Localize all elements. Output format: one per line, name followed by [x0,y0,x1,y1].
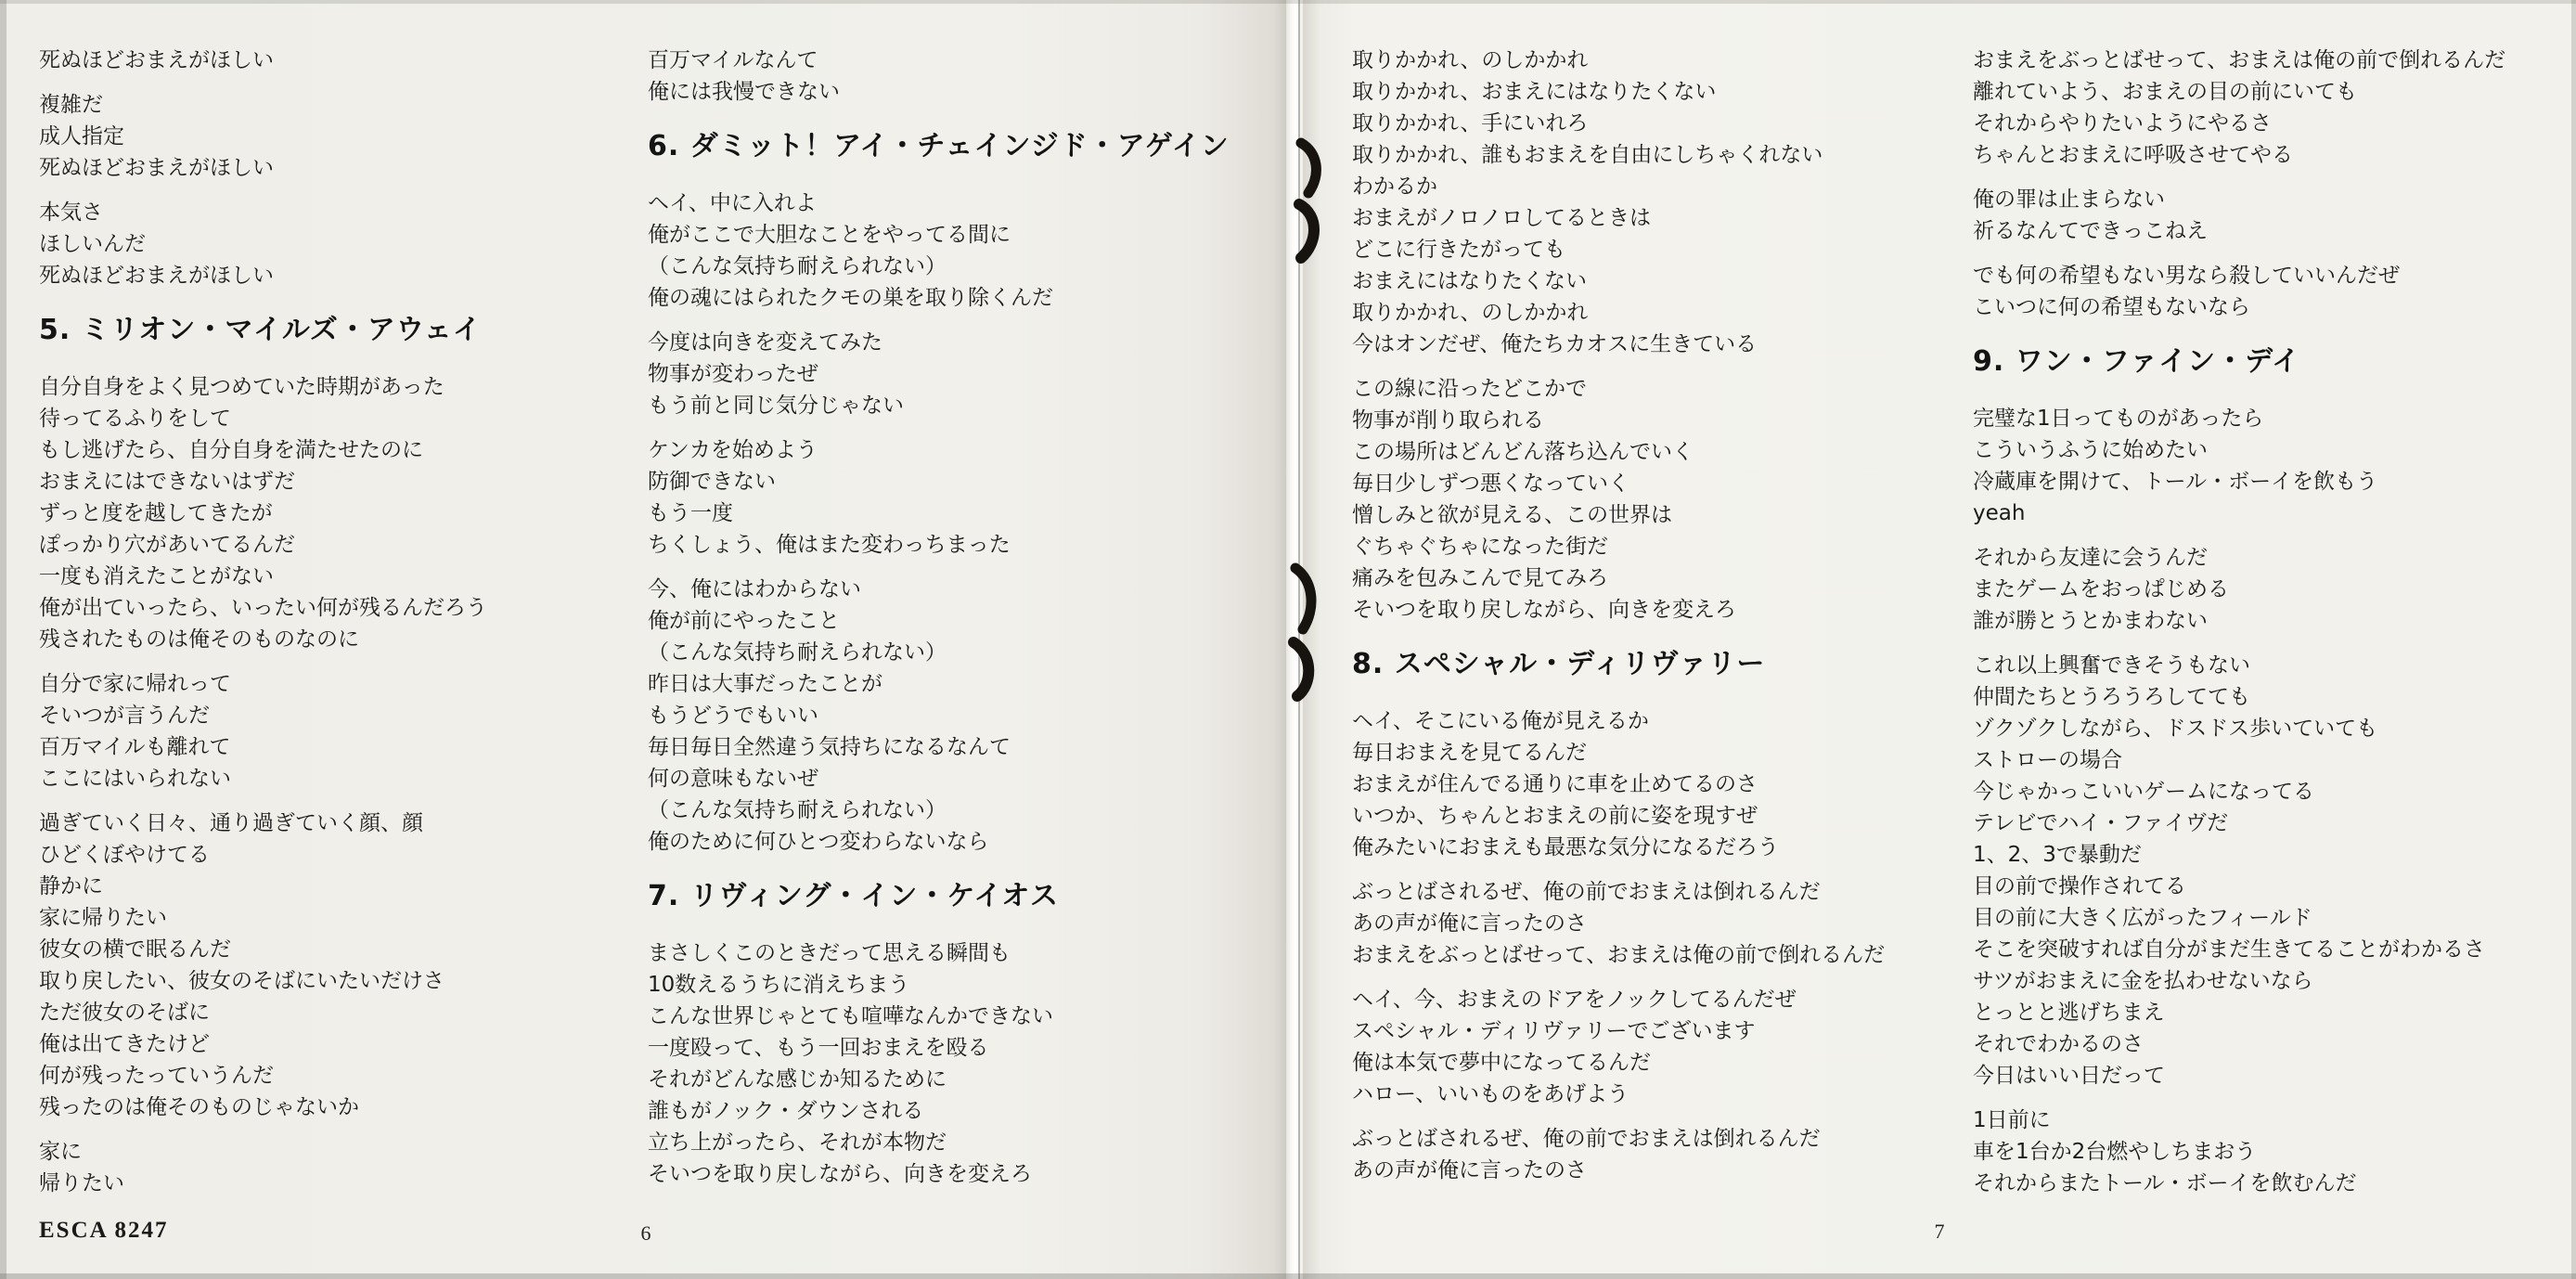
lyrics-stanza: ぶっとばされるぜ、俺の前でおまえは倒れるんだあの声が俺に言ったのさおまえをぶっと… [1352,876,1960,971]
lyrics-line: ぽっかり穴があいてるんだ [39,529,638,561]
lyrics-line: まさしくこのときだって思える瞬間も [648,937,1279,969]
lyrics-line: 物事が変わったぜ [648,358,1279,390]
lyrics-line: そいつを取り戻しながら、向きを変えろ [1352,594,1960,626]
lyrics-stanza: まさしくこのときだって思える瞬間も10数えるうちに消えちまうこんな世界じゃとても… [648,937,1279,1190]
lyrics-line: それでわかるのさ [1973,1028,2567,1060]
lyrics-line: 静かに [39,871,638,902]
lyrics-line: 俺がここで大胆なことをやってる間に [648,219,1279,251]
lyrics-line: おまえが住んでる通りに車を止めてるのさ [1352,769,1960,800]
lyrics-line: 帰りたい [39,1168,638,1199]
lyrics-line: おまえをぶっとばせって、おまえは俺の前で倒れるんだ [1352,939,1960,971]
lyrics-stanza: ケンカを始めよう防御できないもう一度ちくしょう、俺はまた変わっちまった [648,434,1279,561]
lyrics-line: 車を1台か2台燃やしちまおう [1973,1136,2567,1168]
lyrics-line: 昨日は大事だったことが [648,668,1279,700]
lyrics-line: 俺が出ていったら、いったい何が残るんだろう [39,592,638,624]
lyrics-line: 取りかかれ、誰もおまえを自由にしちゃくれない [1352,139,1960,171]
lyrics-line: 毎日おまえを見てるんだ [1352,737,1960,769]
lyrics-stanza: ヘイ、そこにいる俺が見えるか毎日おまえを見てるんだおまえが住んでる通りに車を止め… [1352,705,1960,863]
lyrics-line: ヘイ、中に入れよ [648,187,1279,219]
lyrics-line: 俺みたいにおまえも最悪な気分になるだろう [1352,832,1960,863]
lyrics-line: ひどくぼやけてる [39,839,638,871]
lyrics-line: おまえをぶっとばせって、おまえは俺の前で倒れるんだ [1973,45,2567,76]
lyrics-line: これ以上興奮できそうもない [1973,650,2567,681]
lyrics-line: 百万マイルなんて [648,45,1279,76]
lyrics-line: ぶっとばされるぜ、俺の前でおまえは倒れるんだ [1352,1123,1960,1155]
lyrics-line: 死ぬほどおまえがほしい [39,152,638,184]
lyrics-line: 10数えるうちに消えちまう [648,969,1279,1001]
lyrics-line: 家に [39,1136,638,1168]
lyrics-line: 彼女の横で眠るんだ [39,934,638,965]
lyrics-line: サツがおまえに金を払わせないなら [1973,965,2567,997]
lyrics-line: おまえにはなりたくない [1352,265,1960,297]
lyrics-line: おまえがノロノロしてるときは [1352,202,1960,234]
lyrics-stanza: 百万マイルなんて俺には我慢できない [648,45,1279,108]
lyrics-stanza: でも何の希望もない男なら殺していいんだぜこいつに何の希望もないなら [1973,260,2567,323]
lyrics-line: （こんな気持ち耐えられない） [648,251,1279,282]
lyrics-stanza: 過ぎていく日々、通り過ぎていく顔、顔ひどくぼやけてる静かに家に帰りたい彼女の横で… [39,807,638,1123]
lyrics-line: 俺の罪は止まらない [1973,184,2567,215]
song-title: 7. リヴィング・イン・ケイオス [648,878,1279,915]
lyrics-line: 完璧な1日ってものがあったら [1973,403,2567,434]
lyrics-line: もし逃げたら、自分自身を満たせたのに [39,434,638,466]
lyrics-line: ヘイ、今、おまえのドアをノックしてるんだぜ [1352,984,1960,1015]
lyrics-line: 一度殴って、もう一回おまえを殴る [648,1032,1279,1064]
lyrics-line: yeah [1973,497,2567,529]
lyrics-stanza: 複雑だ成人指定死ぬほどおまえがほしい [39,89,638,184]
lyrics-line: 俺には我慢できない [648,76,1279,108]
lyrics-line: 残されたものは俺そのものなのに [39,624,638,655]
lyrics-line: 今度は向きを変えてみた [648,327,1279,358]
lyrics-line: そいつが言うんだ [39,700,638,731]
lyrics-line: 今はオンだぜ、俺たちカオスに生きている [1352,329,1960,360]
lyrics-line: ハロー、いいものをあげよう [1352,1079,1960,1110]
lyrics-line: こういうふうに始めたい [1973,434,2567,466]
lyrics-line: もうどうでもいい [648,700,1279,731]
lyrics-line: どこに行きたがっても [1352,234,1960,265]
lyrics-line: 誰もがノック・ダウンされる [648,1095,1279,1127]
lyrics-line: テレビでハイ・ファイヴだ [1973,807,2567,839]
lyrics-line: ヘイ、そこにいる俺が見えるか [1352,705,1960,737]
lyrics-line: 今日はいい日だって [1973,1060,2567,1092]
lyrics-column-3: 取りかかれ、のしかかれ取りかかれ、おまえにはなりたくない取りかかれ、手にいれろ取… [1352,45,1960,1199]
lyrics-line: 死ぬほどおまえがほしい [39,45,638,76]
lyrics-line: 成人指定 [39,121,638,152]
song-title: 9. ワン・ファイン・デイ [1973,343,2567,381]
lyrics-line: 本気さ [39,197,638,228]
lyrics-line: 仲間たちとうろうろしてても [1973,681,2567,713]
lyrics-stanza: 取りかかれ、のしかかれ取りかかれ、おまえにはなりたくない取りかかれ、手にいれろ取… [1352,45,1960,360]
lyrics-line: 憎しみと欲が見える、この世界は [1352,499,1960,531]
lyrics-line: またゲームをおっぱじめる [1973,574,2567,605]
song-title: 5. ミリオン・マイルズ・アウェイ [39,312,638,349]
lyrics-line: 今じゃかっこいいゲームになってる [1973,776,2567,807]
lyrics-line: スペシャル・ディリヴァリーでございます [1352,1015,1960,1047]
lyrics-line: 今、俺にはわからない [648,574,1279,605]
lyrics-line: いつか、ちゃんとおまえの前に姿を現すぜ [1352,800,1960,832]
lyrics-line: それからまたトール・ボーイを飲むんだ [1973,1168,2567,1199]
lyrics-line: 俺は本気で夢中になってるんだ [1352,1047,1960,1079]
page-number-left: 6 [0,1221,1292,1246]
lyrics-stanza: 今度は向きを変えてみた物事が変わったぜもう前と同じ気分じゃない [648,327,1279,421]
lyrics-line: 立ち上がったら、それが本物だ [648,1127,1279,1158]
lyrics-line: 待ってるふりをして [39,403,638,434]
lyrics-stanza: 俺の罪は止まらない祈るなんてできっこねえ [1973,184,2567,247]
lyrics-line: （こんな気持ち耐えられない） [648,795,1279,826]
lyrics-line: 残ったのは俺そのものじゃないか [39,1092,638,1123]
lyrics-stanza: ヘイ、中に入れよ俺がここで大胆なことをやってる間に（こんな気持ち耐えられない）俺… [648,187,1279,314]
lyrics-line: それから友達に会うんだ [1973,542,2567,574]
lyrics-stanza: おまえをぶっとばせって、おまえは俺の前で倒れるんだ離れていよう、おまえの目の前に… [1973,45,2567,171]
lyrics-stanza: 今、俺にはわからない俺が前にやったこと（こんな気持ち耐えられない）昨日は大事だっ… [648,574,1279,858]
lyrics-line: 毎日毎日全然違う気持ちになるなんて [648,731,1279,763]
lyrics-line: 複雑だ [39,89,638,121]
lyrics-line: （こんな気持ち耐えられない） [648,637,1279,668]
lyrics-line: ストローの場合 [1973,744,2567,776]
lyrics-stanza: ヘイ、今、おまえのドアをノックしてるんだぜスペシャル・ディリヴァリーでございます… [1352,984,1960,1110]
lyrics-line: ゾクゾクしながら、ドスドス歩いていても [1973,713,2567,744]
lyrics-stanza: この線に沿ったどこかで物事が削り取られるこの場所はどんどん落ち込んでいく毎日少し… [1352,373,1960,626]
lyrics-line: あの声が俺に言ったのさ [1352,1155,1960,1186]
lyrics-stanza: 自分自身をよく見つめていた時期があった待ってるふりをしてもし逃げたら、自分自身を… [39,371,638,655]
lyrics-column-2: 百万マイルなんて俺には我慢できない6. ダミット！アイ・チェインジド・アゲインヘ… [648,45,1279,1203]
lyrics-line: 俺は出てきたけど [39,1028,638,1060]
lyrics-line: こいつに何の希望もないなら [1973,291,2567,323]
lyrics-line: 百万マイルも離れて [39,731,638,763]
lyrics-line: 取りかかれ、手にいれろ [1352,108,1960,139]
song-title: 6. ダミット！アイ・チェインジド・アゲイン [648,128,1279,165]
lyrics-line: おまえにはできないはずだ [39,466,638,497]
lyrics-stanza: 本気さほしいんだ死ぬほどおまえがほしい [39,197,638,291]
lyrics-column-1: 死ぬほどおまえがほしい複雑だ成人指定死ぬほどおまえがほしい本気さほしいんだ死ぬほ… [39,45,638,1212]
lyrics-line: 死ぬほどおまえがほしい [39,260,638,291]
lyrics-line: わかるか [1352,171,1960,202]
lyrics-line: 防御できない [648,466,1279,497]
lyrics-stanza: これ以上興奮できそうもない仲間たちとうろうろしててもゾクゾクしながら、ドスドス歩… [1973,650,2567,1092]
lyrics-line: この場所はどんどん落ち込んでいく [1352,436,1960,468]
lyrics-line: ほしいんだ [39,228,638,260]
lyrics-stanza: それから友達に会うんだまたゲームをおっぱじめる誰が勝とうとかまわない [1973,542,2567,637]
lyrics-stanza: 完璧な1日ってものがあったらこういうふうに始めたい冷蔵庫を開けて、トール・ボーイ… [1973,403,2567,529]
lyrics-line: 目の前で操作されてる [1973,871,2567,902]
lyrics-line: とっとと逃げちまえ [1973,997,2567,1028]
lyrics-line: 俺が前にやったこと [648,605,1279,637]
lyrics-line: 毎日少しずつ悪くなっていく [1352,468,1960,499]
lyrics-line: 誰が勝とうとかまわない [1973,605,2567,637]
lyrics-line: それからやりたいようにやるさ [1973,108,2567,139]
lyrics-line: 何の意味もないぜ [648,763,1279,795]
lyrics-stanza: 自分で家に帰れってそいつが言うんだ百万マイルも離れてここにはいられない [39,668,638,795]
lyrics-line: もう前と同じ気分じゃない [648,390,1279,421]
lyrics-line: そいつを取り戻しながら、向きを変えろ [648,1158,1279,1190]
lyrics-line: 何が残ったっていうんだ [39,1060,638,1092]
lyrics-line: ちくしょう、俺はまた変わっちまった [648,529,1279,561]
lyrics-line: 自分で家に帰れって [39,668,638,700]
lyrics-line: 離れていよう、おまえの目の前にいても [1973,76,2567,108]
lyrics-line: 冷蔵庫を開けて、トール・ボーイを飲もう [1973,466,2567,497]
lyrics-line: ぐちゃぐちゃになった街だ [1352,531,1960,562]
lyrics-line: ちゃんとおまえに呼吸させてやる [1973,139,2567,171]
lyrics-line: 自分自身をよく見つめていた時期があった [39,371,638,403]
lyrics-line: 祈るなんてできっこねえ [1973,215,2567,247]
staple-marks [1279,0,1338,1279]
lyrics-line: 過ぎていく日々、通り過ぎていく顔、顔 [39,807,638,839]
lyrics-line: 取りかかれ、のしかかれ [1352,297,1960,329]
lyrics-line: こんな世界じゃとても喧嘩なんかできない [648,1001,1279,1032]
lyrics-line: 取り戻したい、彼女のそばにいたいだけさ [39,965,638,997]
lyrics-line: この線に沿ったどこかで [1352,373,1960,405]
lyrics-stanza: 1日前に車を1台か2台燃やしちまおうそれからまたトール・ボーイを飲むんだ [1973,1105,2567,1199]
page-number-right: 7 [1303,1220,2576,1244]
lyrics-line: 物事が削り取られる [1352,405,1960,436]
lyrics-line: ぶっとばされるぜ、俺の前でおまえは倒れるんだ [1352,876,1960,908]
lyrics-line: 取りかかれ、おまえにはなりたくない [1352,76,1960,108]
lyrics-line: 一度も消えたことがない [39,561,638,592]
lyrics-line: 1日前に [1973,1105,2567,1136]
lyrics-line: 俺のために何ひとつ変わらないなら [648,826,1279,858]
lyrics-line: もう一度 [648,497,1279,529]
lyrics-line: ケンカを始めよう [648,434,1279,466]
lyrics-line: 取りかかれ、のしかかれ [1352,45,1960,76]
lyrics-line: でも何の希望もない男なら殺していいんだぜ [1973,260,2567,291]
lyrics-line: 目の前に大きく広がったフィールド [1973,902,2567,934]
song-title: 8. スペシャル・ディリヴァリー [1352,646,1960,683]
lyrics-line: 家に帰りたい [39,902,638,934]
lyrics-stanza: 死ぬほどおまえがほしい [39,45,638,76]
lyrics-stanza: ぶっとばされるぜ、俺の前でおまえは倒れるんだあの声が俺に言ったのさ [1352,1123,1960,1186]
lyrics-line: 痛みを包みこんで見てみろ [1352,562,1960,594]
lyrics-line: 1、2、3で暴動だ [1973,839,2567,871]
lyrics-line: そこを突破すれば自分がまだ生きてることがわかるさ [1973,934,2567,965]
lyrics-line: ここにはいられない [39,763,638,795]
lyrics-line: ずっと度を越してきたが [39,497,638,529]
lyrics-line: それがどんな感じか知るために [648,1064,1279,1095]
booklet-spread: 死ぬほどおまえがほしい複雑だ成人指定死ぬほどおまえがほしい本気さほしいんだ死ぬほ… [0,0,2576,1279]
lyrics-line: 俺の魂にはられたクモの巣を取り除くんだ [648,282,1279,314]
lyrics-line: あの声が俺に言ったのさ [1352,908,1960,939]
lyrics-column-4: おまえをぶっとばせって、おまえは俺の前で倒れるんだ離れていよう、おまえの目の前に… [1973,45,2567,1212]
lyrics-stanza: 家に帰りたい [39,1136,638,1199]
lyrics-line: ただ彼女のそばに [39,997,638,1028]
